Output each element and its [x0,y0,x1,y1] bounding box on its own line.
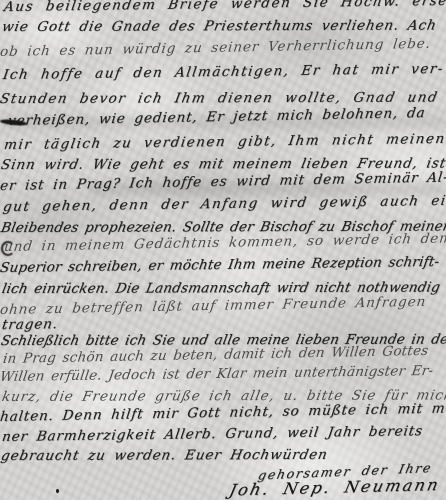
manuscript-line: er ist in Prag? Ich hoffe es wird mit de… [0,170,446,194]
manuscript-line: verheißen, wie gedient, Er jetzt mich be… [7,106,426,129]
manuscript-line: Ich hoffe auf den Allmächtigen, Er hat m… [2,62,445,83]
manuscript-line: tragen. [1,317,59,333]
manuscript-line: Stunden bevor ich Ihm dienen wollte, Gna… [0,90,439,107]
manuscript-line: gut gehen, denn der Anfang wird gewiß au… [2,194,446,215]
manuscript-page: Aus beiliegendem Briefe werden Sie Hochw… [0,0,446,500]
ink-mark [1,241,15,256]
manuscript-line: Superior schreiben, er möchte Ihm meine … [0,255,440,276]
manuscript-line: Aus beiliegendem Briefe werden Sie Hochw… [3,0,446,15]
manuscript-line: mir täglich zu verdienen gibt, Ihm nicht… [3,132,446,153]
ink-dot [56,489,59,493]
manuscript-line: ob ich es nun würdig zu seiner Verherrli… [0,37,432,60]
signature-joh-nep-neumann: Joh. Nep. Neumann [228,477,442,497]
manuscript-line: wie Gott die Gnade des Priesterthums ver… [1,18,438,35]
manuscript-line: gebraucht zu werden. Euer Hochwürden [0,448,329,464]
manuscript-line: ner Barmherzigkeit Allerb. Grund, weil J… [1,424,424,445]
manuscript-line: Willen erfülle. Jedoch ist der Klar mein… [0,364,434,385]
manuscript-line: ohne zu betreffen läßt auf immer Freunde… [0,295,427,318]
